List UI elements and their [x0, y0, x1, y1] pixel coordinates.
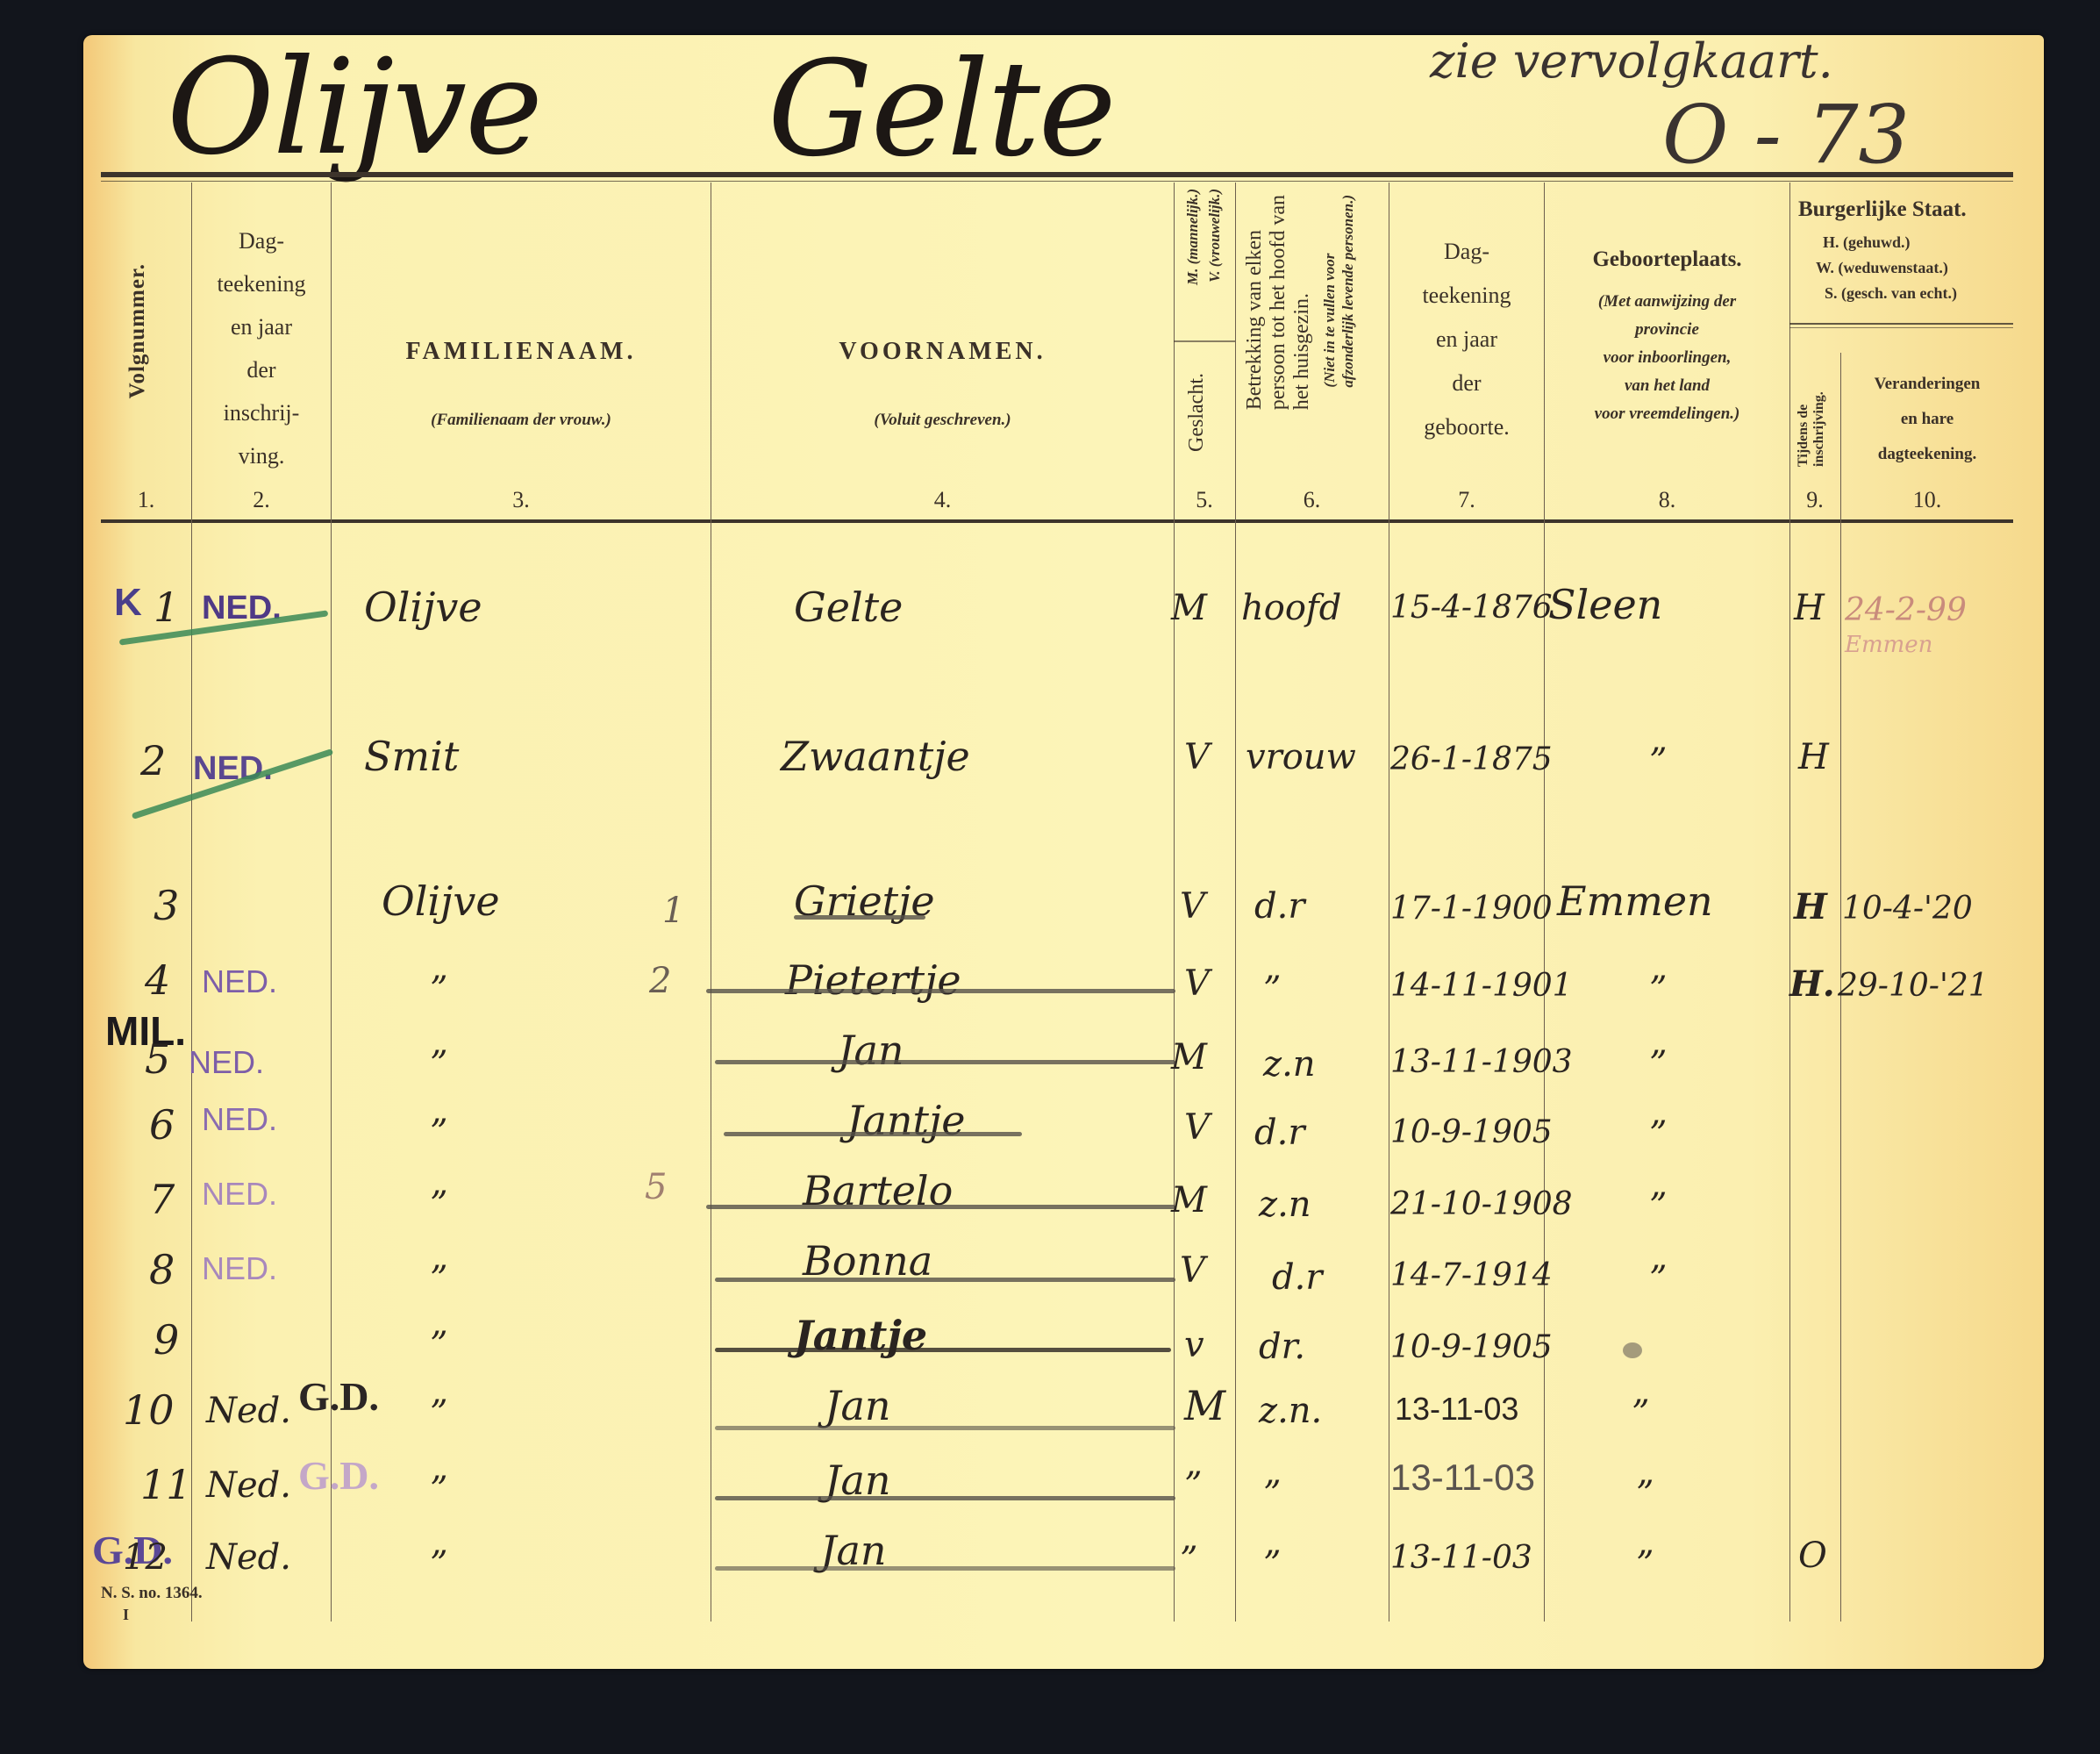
header-familienaam-sub: (Familienaam der vrouw.): [332, 411, 711, 430]
stamp-k: K: [114, 581, 142, 625]
row-3-birthdate: 17-1-1900: [1390, 891, 1553, 927]
row-6-strikethrough: [724, 1132, 1022, 1136]
row-9-number: 9: [154, 1316, 179, 1364]
row-3-surname: Olijve: [382, 877, 500, 925]
row-6-birthplace: ”: [1649, 1114, 1667, 1155]
row-8-birthdate: 14-7-1914: [1390, 1257, 1553, 1293]
row-1-sex: M: [1171, 588, 1207, 628]
row-4-relation: ”: [1263, 970, 1281, 1010]
header-voornamen: VOORNAMEN.: [711, 338, 1174, 366]
row-3-relation: d.r: [1254, 886, 1304, 927]
row-10-birthplace: ”: [1632, 1393, 1649, 1434]
row-6-firstname: Jantje: [846, 1097, 965, 1144]
civil-status-rule: [1789, 323, 2013, 325]
row-11-number: 11: [140, 1461, 192, 1508]
row-4-birthplace: ”: [1649, 970, 1667, 1010]
col-divider-4: [1174, 183, 1175, 1622]
header-familienaam: FAMILIENAAM.: [332, 338, 711, 366]
row-2-birthplace: ”: [1649, 741, 1667, 782]
row-2-relation: vrouw: [1246, 737, 1356, 777]
row-12-strikethrough: [715, 1566, 1175, 1571]
row-12-relation: ”: [1263, 1544, 1281, 1585]
header-geslacht-v: V. (vrouwelijk.): [1206, 189, 1224, 283]
row-6-stamp: NED.: [202, 1101, 277, 1138]
row-11-birthplace: ”: [1636, 1474, 1654, 1514]
row-4-strikethrough: [706, 989, 1175, 993]
row-1-firstname: Gelte: [794, 583, 903, 631]
row-9-surname: ”: [430, 1325, 447, 1365]
form-sub-number: I: [123, 1606, 129, 1624]
row-6-relation: d.r: [1254, 1113, 1304, 1153]
row-1-birthplace: Sleen: [1548, 581, 1662, 628]
header-tijdens-inschrijving: Tijdens de inschrijving.: [1796, 353, 1831, 467]
row-4-margin-number: 2: [649, 961, 671, 1001]
row-3-strikethrough: [794, 915, 925, 920]
col-num-6: 6.: [1235, 487, 1389, 513]
card-title-firstname: Gelte: [768, 44, 1115, 175]
row-12-civil-status: O: [1798, 1536, 1827, 1576]
card-title-surname: Olijve: [167, 42, 541, 174]
col-num-3: 3.: [332, 487, 711, 513]
row-4-sex: V: [1184, 963, 1210, 1004]
row-6-surname: ”: [430, 1113, 447, 1153]
card-code: O - 73: [1662, 88, 1910, 182]
row-7-number: 7: [149, 1176, 175, 1223]
header-betrekking: Betrekking van elken persoon tot het hoo…: [1243, 195, 1314, 410]
row-8-number: 8: [149, 1246, 175, 1293]
row-10-sex: M: [1184, 1382, 1225, 1429]
note-see-continuation: zie vervolgkaart.: [1430, 33, 1833, 89]
row-2-number: 2: [140, 737, 166, 784]
row-4-stamp: NED.: [202, 963, 277, 1000]
row-7-stamp: NED.: [202, 1176, 277, 1213]
row-9-birthdate: 10-9-1905: [1390, 1329, 1553, 1365]
row-8-strikethrough: [715, 1278, 1175, 1282]
row-5-surname: ”: [430, 1044, 447, 1085]
row-10-nationality: Ned.: [206, 1391, 291, 1431]
row-10-surname: ”: [430, 1393, 447, 1434]
row-6-sex: V: [1184, 1107, 1210, 1148]
header-geslacht: Geslacht.: [1185, 373, 1209, 452]
row-1-surname: Olijve: [364, 583, 482, 631]
row-1-relation: hoofd: [1241, 588, 1341, 628]
header-volgnummer: Volgnummer.: [125, 263, 150, 398]
row-7-sex: M: [1171, 1180, 1207, 1221]
col-divider-5: [1235, 183, 1236, 1622]
row-5-relation: z.n: [1263, 1044, 1316, 1085]
row-10-birthdate: 13-11-03: [1395, 1391, 1518, 1428]
col-divider-3: [711, 183, 711, 1622]
row-2-sex: V: [1184, 737, 1210, 777]
row-3-civil-status: H: [1794, 886, 1827, 927]
row-2-birthdate: 26-1-1875: [1390, 741, 1553, 777]
row-7-strikethrough: [706, 1205, 1175, 1209]
row-5-stamp: NED.: [189, 1044, 264, 1081]
row-8-relation: d.r: [1272, 1257, 1322, 1298]
header-geboorteplaats-sub: (Met aanwijzing der provincie voor inboo…: [1545, 288, 1789, 428]
civil-status-rule-thin: [1789, 327, 2013, 328]
row-11-surname: ”: [430, 1470, 447, 1510]
row-12-nationality: Ned.: [206, 1537, 291, 1578]
row-1-number: 1: [154, 583, 179, 631]
row-11-sex: ”: [1184, 1465, 1202, 1506]
col-num-2: 2.: [192, 487, 331, 513]
col-num-7: 7.: [1389, 487, 1544, 513]
col-num-4: 4.: [711, 487, 1174, 513]
header-dagteekening-geboorte: Dag- teekening en jaar der geboorte.: [1389, 230, 1544, 449]
row-12-birthdate: 13-11-03: [1390, 1540, 1532, 1576]
row-5-firstname: Jan: [838, 1027, 904, 1074]
row-1-civil-status: H: [1794, 588, 1825, 628]
row-4-civil-status: H.: [1789, 963, 1835, 1005]
row-12-surname: ”: [430, 1544, 447, 1585]
row-10-relation: z.n.: [1259, 1391, 1322, 1431]
col-num-8: 8.: [1545, 487, 1789, 513]
row-1-change-place: Emmen: [1845, 632, 1932, 658]
row-12-sex: ”: [1180, 1540, 1197, 1580]
row-2-firstname: Zwaantje: [781, 733, 970, 780]
header-voornamen-sub: (Voluit geschreven.): [711, 411, 1174, 430]
row-7-margin-number: 5: [645, 1167, 667, 1207]
sex-col-rule: [1174, 340, 1235, 342]
row-3-sex: V: [1180, 886, 1205, 927]
row-1-birthdate: 15-4-1876: [1390, 590, 1553, 626]
row-3-number: 3: [154, 882, 179, 929]
col-num-9: 9.: [1789, 487, 1840, 513]
row-9-strikethrough: [715, 1348, 1171, 1352]
row-10-strikethrough: [715, 1426, 1175, 1430]
row-3-birthplace: Emmen: [1557, 877, 1713, 925]
header-top-rule-thin: [101, 181, 2013, 182]
row-8-surname: ”: [430, 1259, 447, 1299]
row-11-strikethrough: [715, 1496, 1175, 1500]
row-4-number: 4: [145, 956, 170, 1004]
row-6-birthdate: 10-9-1905: [1390, 1114, 1553, 1150]
row-10-stamp-gd: G.D.: [298, 1373, 379, 1420]
row-7-relation: z.n: [1259, 1185, 1311, 1225]
row-7-birthdate: 21-10-1908: [1390, 1186, 1573, 1222]
row-5-strikethrough: [715, 1060, 1175, 1064]
row-2-surname: Smit: [364, 733, 459, 780]
col-divider-8: [1789, 183, 1790, 1622]
row-3-change-date: 10-4-'20: [1842, 891, 1973, 927]
row-11-birthdate: 13-11-03: [1390, 1457, 1535, 1499]
row-4-firstname: Pietertje: [785, 956, 961, 1004]
row-5-number: 5: [145, 1035, 170, 1083]
row-5-birthplace: ”: [1649, 1044, 1667, 1085]
header-top-rule: [101, 172, 2013, 177]
row-1-change-date: 24-2-99: [1845, 592, 1967, 628]
col-num-1: 1.: [101, 487, 191, 513]
registration-card: Olijve Gelte zie vervolgkaart. O - 73 Vo…: [83, 35, 2044, 1669]
row-5-sex: M: [1171, 1037, 1207, 1077]
header-geslacht-m: M. (mannelijk.): [1184, 189, 1202, 285]
row-6-number: 6: [149, 1101, 175, 1149]
row-11-relation: ”: [1263, 1474, 1281, 1514]
row-4-change-date: 29-10-'21: [1838, 968, 1989, 1004]
row-4-birthdate: 14-11-1901: [1390, 968, 1573, 1004]
header-dagteekening-inschrijving: Dag- teekening en jaar der inschrij- vin…: [192, 219, 331, 477]
header-betrekking-sub: (Niet in te vullen voor afzonderlijk lev…: [1320, 195, 1357, 388]
row-12-birthplace: ”: [1636, 1544, 1654, 1585]
row-7-surname: ”: [430, 1185, 447, 1225]
row-11-nationality: Ned.: [206, 1465, 291, 1506]
row-3-margin-number: 1: [662, 891, 684, 931]
row-10-firstname: Jan: [825, 1382, 891, 1429]
form-number: N. S. no. 1364.: [101, 1584, 203, 1603]
row-8-stamp: NED.: [202, 1250, 277, 1287]
ink-blot: [1623, 1342, 1642, 1358]
row-4-surname: ”: [430, 970, 447, 1010]
row-2-civil-status: H: [1798, 737, 1829, 777]
row-11-stamp-gd: G.D.: [298, 1452, 379, 1499]
row-5-birthdate: 13-11-1903: [1390, 1044, 1573, 1080]
row-7-birthplace: ”: [1649, 1186, 1667, 1227]
header-bottom-rule: [101, 519, 2013, 523]
row-9-sex: v: [1184, 1325, 1204, 1365]
header-burgerlijke-staat: Burgerlijke Staat.: [1798, 197, 1967, 222]
row-10-number: 10: [123, 1386, 175, 1434]
row-8-sex: V: [1180, 1250, 1205, 1291]
row-8-birthplace: ”: [1649, 1259, 1667, 1299]
header-geboorteplaats: Geboorteplaats.: [1545, 247, 1789, 272]
row-9-relation: dr.: [1259, 1327, 1305, 1367]
col-num-10: 10.: [1841, 487, 2013, 513]
header-veranderingen: Veranderingen en hare dagteekening.: [1841, 367, 2013, 472]
row-12-number: 12: [123, 1537, 168, 1578]
col-num-5: 5.: [1174, 487, 1235, 513]
header-burgerlijke-staat-legend: H. (gehuwd.) W. (weduwenstaat.) S. (gesc…: [1816, 230, 1957, 306]
